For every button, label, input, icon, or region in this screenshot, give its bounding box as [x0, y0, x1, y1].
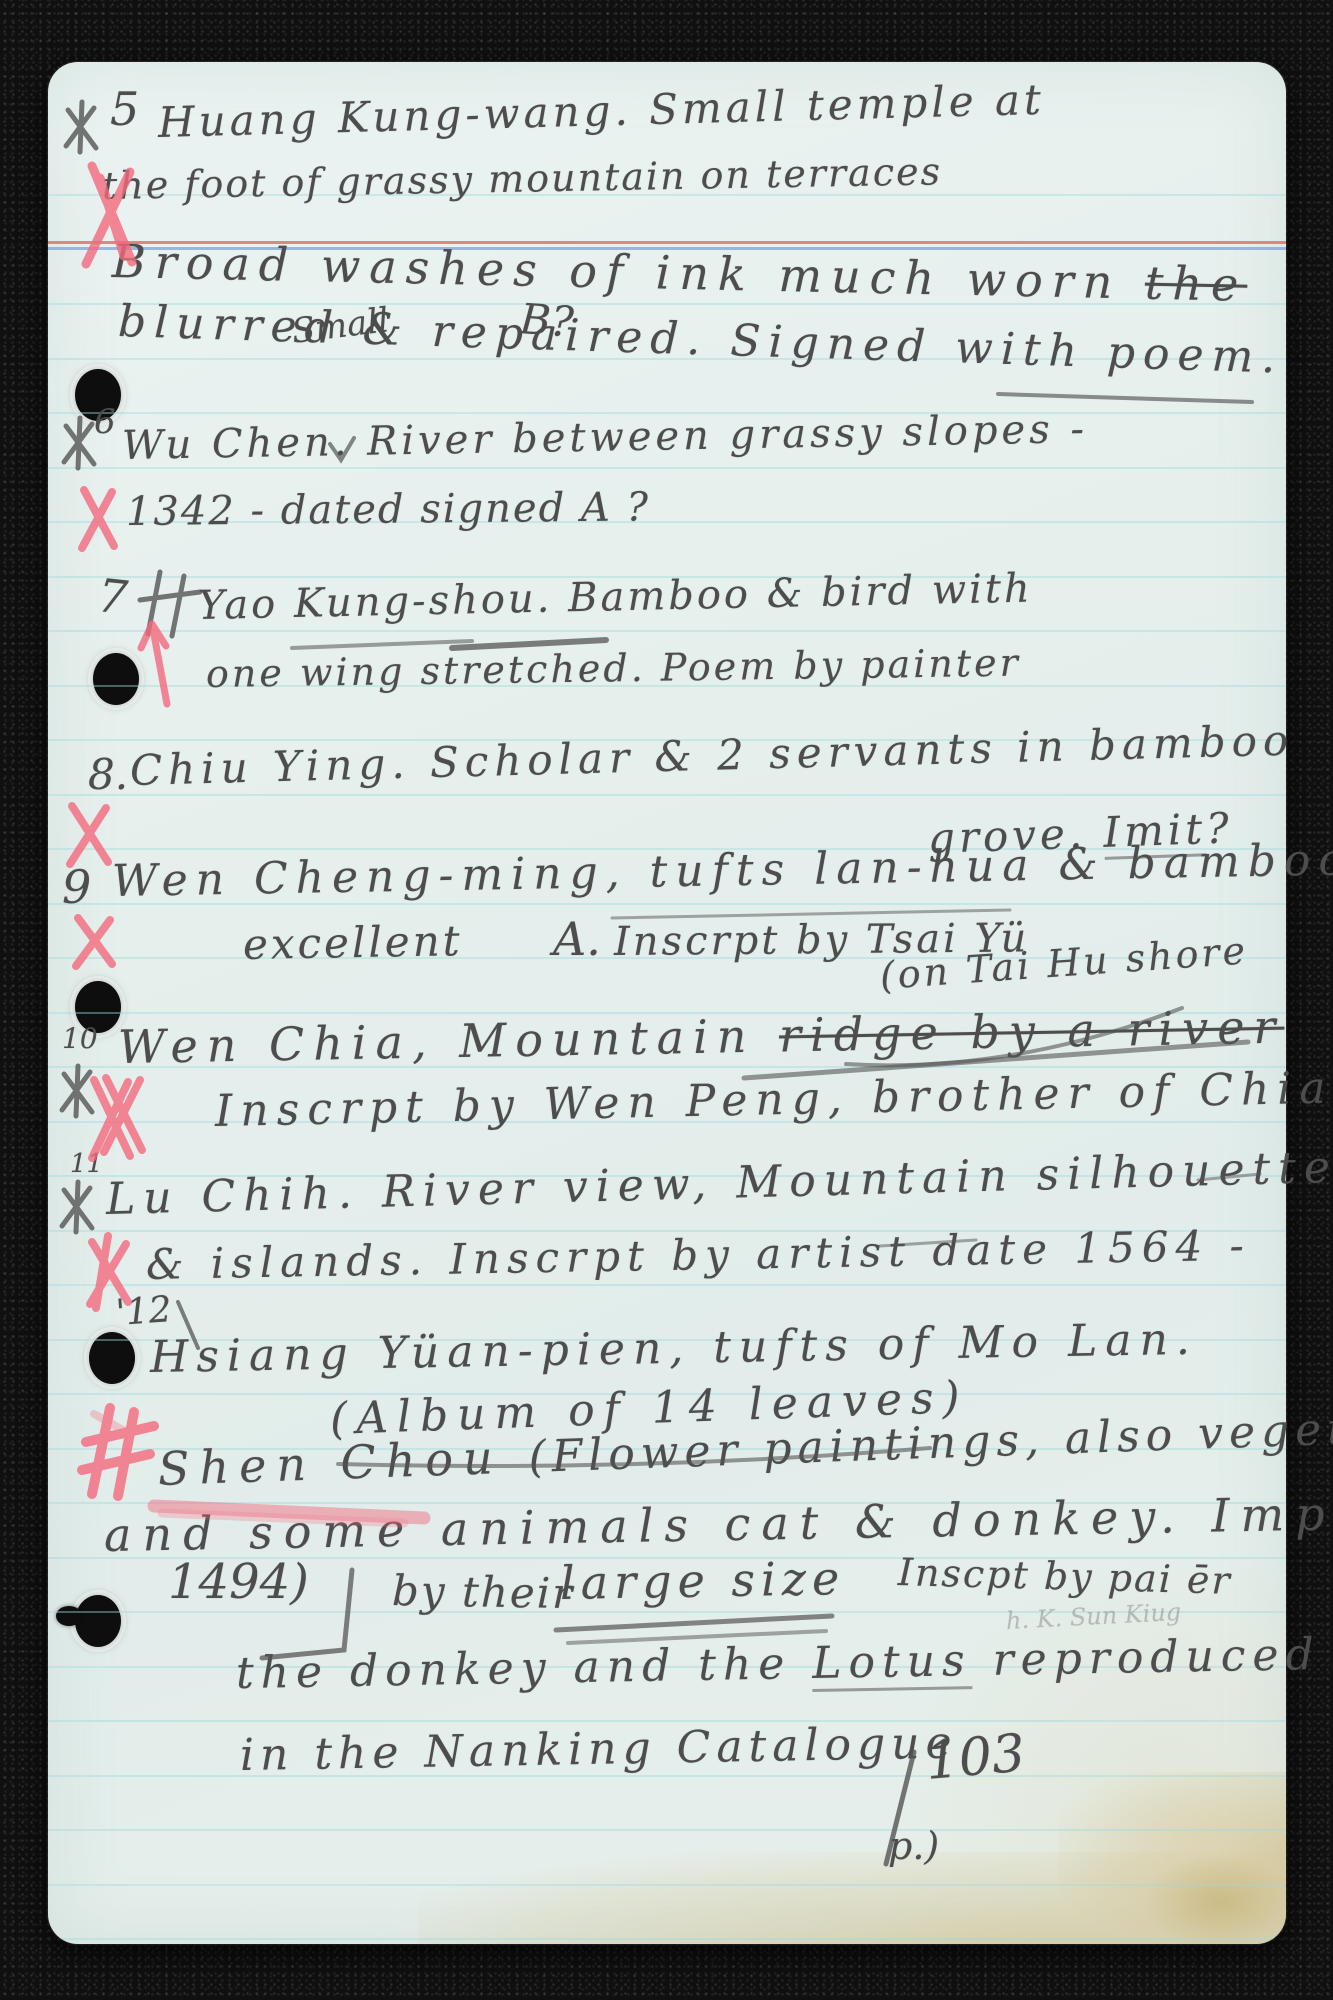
entry9-excellent: excellent — [243, 918, 463, 968]
punch-hole-5-notch — [56, 1606, 82, 1626]
entry6-line2: 1342 - dated signed A ? — [126, 485, 650, 534]
entry10-artist-title: Wen Chia, Mountain — [118, 1009, 756, 1074]
scanned-notebook-photo: { "palette": { "background": "#101010", … — [0, 0, 1333, 2000]
rule-line — [48, 630, 1286, 632]
entry6-number: 6 — [94, 404, 116, 441]
entry7-number: 7 — [95, 570, 129, 623]
shen-chou-inscpt: Inscpt by pai ēr — [897, 1552, 1232, 1603]
rule-line — [48, 1884, 1286, 1886]
entry5-underlined-poem: poem. — [1106, 327, 1284, 384]
rule-line — [48, 1775, 1286, 1777]
stain-bottom-band — [418, 1852, 1286, 1944]
shen-chou-donkey: the donkey and the — [236, 1638, 792, 1699]
b-question-note: B? — [518, 296, 574, 346]
entry10-crossed-out: ridge by a river — [779, 1000, 1285, 1063]
rule-line — [48, 1829, 1286, 1831]
entry5-crossed-out-word: the — [1144, 256, 1247, 312]
rule-line — [48, 794, 1286, 796]
rule-line — [48, 1938, 1286, 1940]
entry5-number: 5 — [110, 84, 139, 135]
stain-right-edge — [1058, 1772, 1286, 1944]
entry6-artist: Wu Chen. — [122, 419, 351, 469]
entry10-number: 10 — [62, 1024, 98, 1055]
entry12-number: '12 — [115, 1290, 173, 1333]
shen-chou-bytheir: by their — [392, 1568, 575, 1617]
page-ref-103: 103 — [924, 1725, 1028, 1791]
shen-chou-1494: 1494) — [168, 1556, 309, 1609]
punch-hole-2 — [93, 653, 139, 705]
shen-chou-lotus-underlined: Lotus — [812, 1635, 972, 1692]
entry9-grade: A. — [553, 914, 601, 965]
stain-corner-blob — [1148, 1857, 1286, 1944]
punch-hole-5 — [75, 1595, 121, 1647]
entry9-number: 9 — [62, 862, 91, 913]
shen-chou-reproduced: reproduced — [992, 1629, 1321, 1686]
page-ref-p: p.) — [888, 1826, 939, 1868]
shen-chou-largesize: large size — [560, 1553, 846, 1609]
entry11-number: 11 — [70, 1150, 103, 1179]
entry8-number: 8. — [88, 752, 128, 798]
